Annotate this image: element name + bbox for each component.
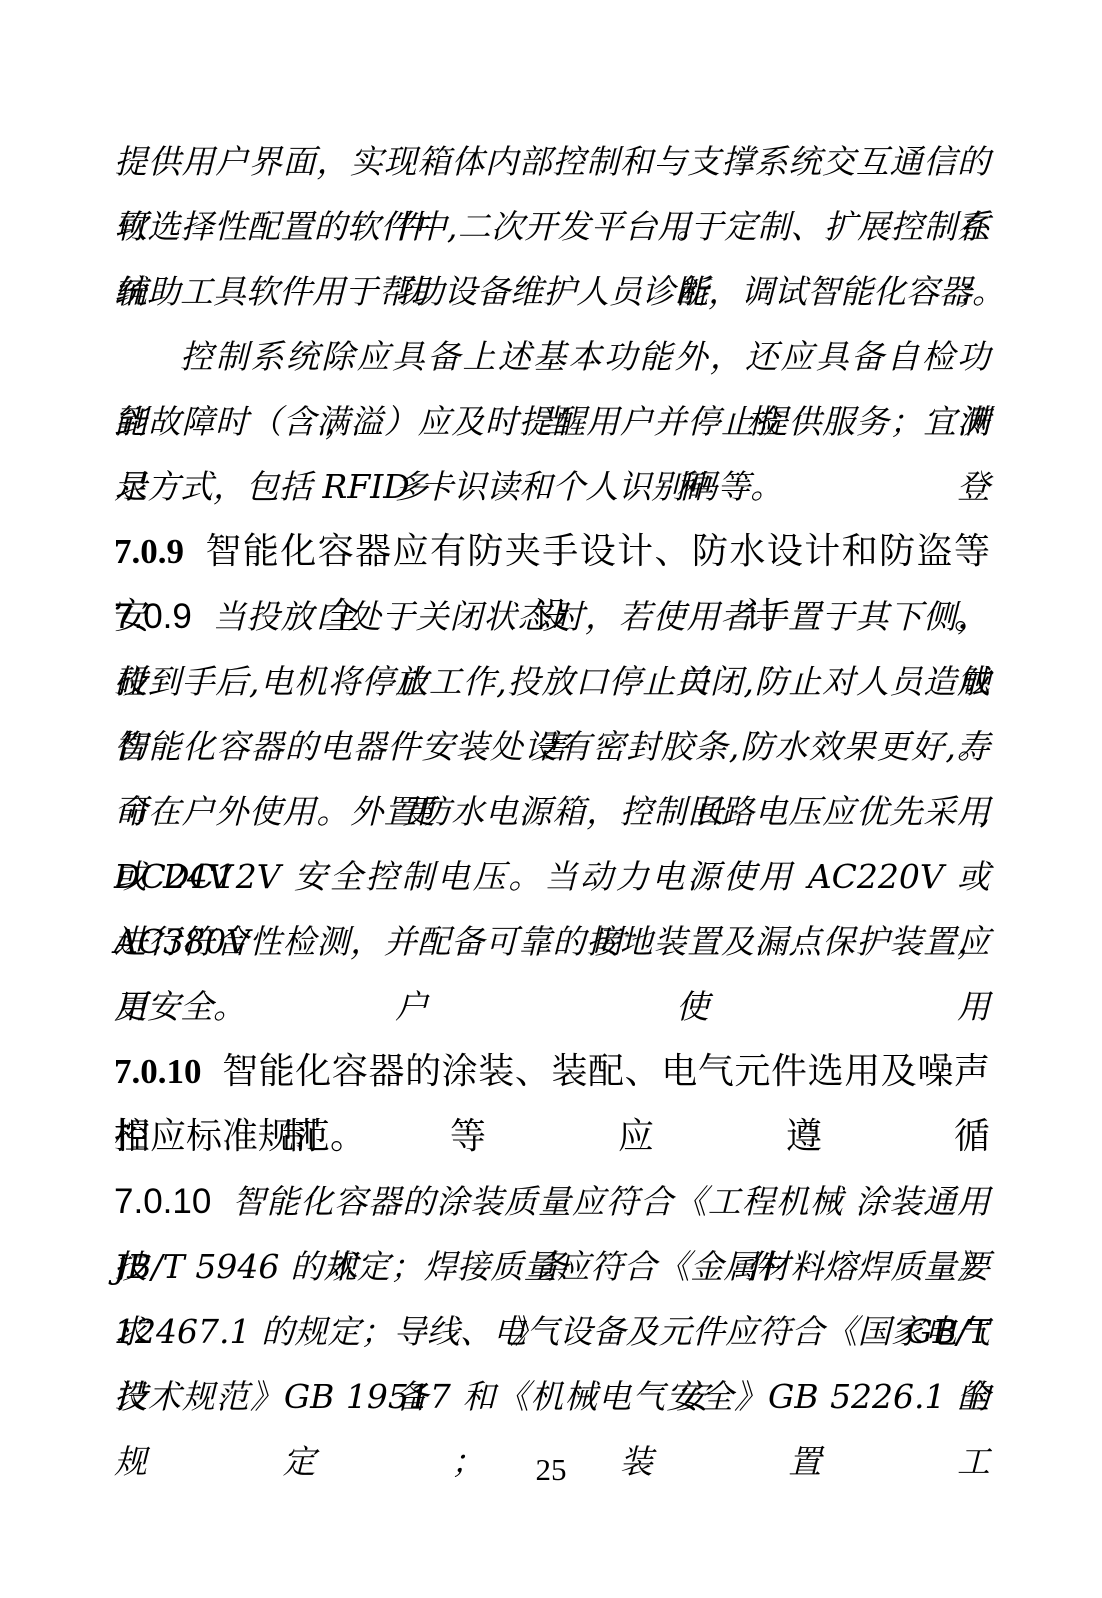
clause-line: 7.0.9当投放口处于关闭状态时，若使用者手置于其下侧，投放口触: [114, 584, 990, 649]
text-line: 技术规范》GB 19517 和《机械电气安全》GB 5226.1 的规定；装置工: [114, 1364, 990, 1429]
text-line: 辅助工具软件用于帮助设备维护人员诊断，调试智能化容器。: [114, 259, 990, 324]
clause-line: 7.0.10智能化容器的涂装、装配、电气元件选用及噪声控制等应遵循: [114, 1039, 990, 1104]
document-page: 提供用户界面，实现箱体内部控制和与支撑系统交互通信的软件。在 可选择性配置的软件…: [0, 0, 1102, 1598]
clause-number: 7.0.10: [114, 1169, 211, 1234]
text-line: 控制系统除应具备上述基本功能外，还应具备自检功能，当检测: [114, 324, 990, 389]
text-line: 或 DC12V 安全控制电压。当动力电源使用 AC220V 或 AC380V 时…: [114, 844, 990, 909]
page-number: 25: [536, 1452, 567, 1487]
line-text: 相应标准规范。: [114, 1116, 366, 1156]
text-line: 进行符合性检测，并配备可靠的接地装置及漏点保护装置，用户使用: [114, 909, 990, 974]
line-text: 更安全。: [114, 987, 246, 1026]
text-line: 12467.1 的规定；导线、电气设备及元件应符合《国家电气设备安全: [114, 1299, 990, 1364]
clause-number: 7.0.9: [114, 584, 192, 649]
line-text: 辅助工具软件用于帮助设备维护人员诊断，调试智能化容器。: [114, 272, 1005, 311]
clause-line: 7.0.10智能化容器的涂装质量应符合《工程机械 涂装通用技术条件》: [114, 1169, 990, 1234]
text-line: JB/T 5946 的规定；焊接质量应符合《金属材料熔焊质量要求》GB/T: [114, 1234, 990, 1299]
text-line: 可在户外使用。外置防水电源箱，控制回路电压应优先采用 DC24V: [114, 779, 990, 844]
clause-number: 7.0.10: [114, 1039, 202, 1104]
text-line: 到故障时（含满溢）应及时提醒用户并停止提供服务；宜满足多种登: [114, 389, 990, 454]
text-line: 智能化容器的电器件安装处设有密封胶条,防水效果更好,寿命更长,: [114, 714, 990, 779]
page-content: 提供用户界面，实现箱体内部控制和与支撑系统交互通信的软件。在 可选择性配置的软件…: [114, 129, 990, 1429]
text-line: 可选择性配置的软件中,二次开发平台用于定制、扩展控制系统功能；: [114, 194, 990, 259]
line-text: 录方式，包括 RFID 卡识读和个人识别码等。: [114, 467, 783, 506]
text-line: 碰到手后,电机将停止工作,投放口停止关闭,防止对人员造成伤害。: [114, 649, 990, 714]
clause-number: 7.0.9: [114, 519, 184, 584]
page-footer: 25: [0, 1450, 1102, 1490]
text-line: 提供用户界面，实现箱体内部控制和与支撑系统交互通信的软件。在: [114, 129, 990, 194]
clause-line: 7.0.9智能化容器应有防夹手设计、防水设计和防盗等安全设计。: [114, 519, 990, 584]
